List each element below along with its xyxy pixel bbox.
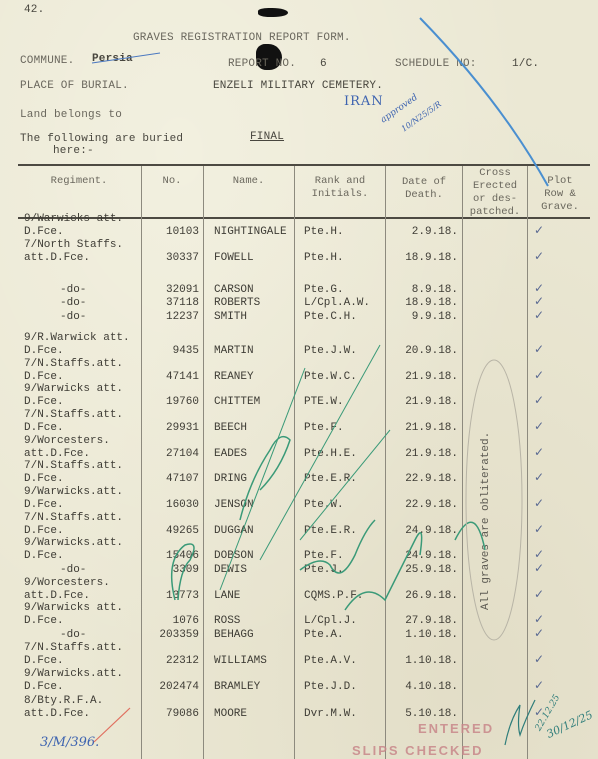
header-cross-line4: patched. [463,206,527,219]
column-divider [385,166,386,759]
header-regiment: Regiment. [18,175,140,188]
rank-cell: Pte.G. [304,284,344,296]
name-cell: LANE [214,590,240,602]
regiment-cell-line1: 7/N.Staffs.att. [24,409,123,421]
column-divider [527,166,528,759]
handwritten-file-ref: 3/M/396. [40,735,99,750]
report-value: 6 [320,58,327,70]
date-of-death-cell: 25.9.18. [388,564,458,576]
rank-cell: Pte.H. [304,226,344,238]
regiment-cell-line1: 9/Worcesters. [24,435,110,447]
name-cell: MOORE [214,708,247,720]
service-number-cell: 79086 [141,708,199,720]
plot-check-mark: ✓ [534,419,544,433]
service-number-cell: 32091 [141,284,199,296]
name-cell: DUGGAN [214,525,254,537]
date-of-death-cell: 24.9.18. [388,525,458,537]
regiment-cell-line1: 9/Warwicks.att. [24,537,123,549]
regiment-cell-line1: 9/R.Warwick att. [24,332,130,344]
rank-cell: Pte.J.W. [304,345,357,357]
rank-cell: L/Cpl.J. [304,615,357,627]
name-cell: MARTIN [214,345,254,357]
rank-cell: Pte.E.R. [304,525,357,537]
name-cell: EADES [214,448,247,460]
regiment-cell-line1: 7/North Staffs. [24,239,123,251]
header-date-line1: Date of [386,176,462,189]
regiment-cell-line2: att.D.Fce. [24,590,90,602]
name-cell: JENSON [214,499,254,511]
plot-check-mark: ✓ [534,308,544,322]
name-cell: CHITTEM [214,396,260,408]
regiment-cell-line1: 7/N.Staffs.att. [24,358,123,370]
rank-cell: Pte.A.V. [304,655,357,667]
plot-check-mark: ✓ [534,445,544,459]
page-number: 42. [24,4,44,16]
date-of-death-cell: 26.9.18. [388,590,458,602]
date-of-death-cell: 27.9.18. [388,615,458,627]
column-divider [294,166,295,759]
header-cross-line2: Erected [463,180,527,193]
following-line-1: The following are buried [20,133,183,145]
plot-check-mark: ✓ [534,626,544,640]
service-number-cell: 13773 [141,590,199,602]
service-number-cell: 12237 [141,311,199,323]
name-cell: REANEY [214,371,254,383]
name-cell: FOWELL [214,252,254,264]
date-of-death-cell: 21.9.18. [388,422,458,434]
rank-cell: Pte.F. [304,422,344,434]
date-of-death-cell: 21.9.18. [388,371,458,383]
service-number-cell: 9435 [141,345,199,357]
name-cell: NIGHTINGALE [214,226,287,238]
date-of-death-cell: 22.9.18. [388,473,458,485]
plot-check-mark: ✓ [534,393,544,407]
name-cell: DOBSON [214,550,254,562]
plot-check-mark: ✓ [534,612,544,626]
name-cell: SMITH [214,311,247,323]
name-cell: ROBERTS [214,297,260,309]
regiment-cell-line2: D.Fce. [24,550,64,562]
name-cell: BEHAGG [214,629,254,641]
rank-cell: Pte.J.D. [304,681,357,693]
name-cell: CARSON [214,284,254,296]
header-name: Name. [203,175,294,188]
handwritten-country: IRAN [344,94,384,109]
rank-cell: Pte.E.R. [304,473,357,485]
date-of-death-cell: 24.9.18. [388,550,458,562]
commune-value: Persia [92,53,133,65]
service-number-cell: 22312 [141,655,199,667]
place-label: PLACE OF BURIAL. [20,80,129,92]
plot-check-mark: ✓ [534,368,544,382]
service-number-cell: 3309 [141,564,199,576]
column-divider [462,166,463,759]
service-number-cell: 29931 [141,422,199,434]
regiment-cell-line1: 8/Bty.R.F.A. [24,695,103,707]
commune-label: COMMUNE. [20,55,74,67]
name-cell: DRING [214,473,247,485]
date-of-death-cell: 2.9.18. [388,226,458,238]
plot-check-mark: ✓ [534,342,544,356]
regiment-cell-line2: att.D.Fce. [24,448,90,460]
plot-check-mark: ✓ [534,470,544,484]
header-plot-line2: Row & [530,188,590,201]
rank-cell: Dvr.M.W. [304,708,357,720]
date-of-death-cell: 1.10.18. [388,629,458,641]
date-of-death-cell: 4.10.18. [388,681,458,693]
table-top-rule [18,164,590,166]
name-cell: WILLIAMS [214,655,267,667]
ink-blot [258,8,288,17]
service-number-cell: 10103 [141,226,199,238]
rank-cell: PTE.W. [304,396,344,408]
schedule-label: SCHEDULE NO: [395,58,477,70]
service-number-cell: 15406 [141,550,199,562]
regiment-cell-line1: 7/N.Staffs.att. [24,460,123,472]
plot-check-mark: ✓ [534,496,544,510]
regiment-cell-line2: D.Fce. [24,371,64,383]
rank-cell: L/Cpl.A.W. [304,297,370,309]
regiment-cell-line2: D.Fce. [24,681,64,693]
service-number-cell: 19760 [141,396,199,408]
plot-check-mark: ✓ [534,223,544,237]
service-number-cell: 30337 [141,252,199,264]
rank-cell: Pte.H.E. [304,448,357,460]
name-cell: BRAMLEY [214,681,260,693]
date-of-death-cell: 1.10.18. [388,655,458,667]
regiment-cell-line2: D.Fce. [24,345,64,357]
rank-cell: Pte.A. [304,629,344,641]
header-rank: Rank and Initials. [296,175,384,201]
regiment-cell: -do- [60,297,86,309]
plot-check-mark: ✓ [534,652,544,666]
form-title: GRAVES REGISTRATION REPORT FORM. [133,32,351,44]
header-cross: Cross Erected or des- patched. [463,167,527,219]
date-of-death-cell: 8.9.18. [388,284,458,296]
service-number-cell: 47107 [141,473,199,485]
date-of-death-cell: 18.9.18. [388,297,458,309]
regiment-cell: -do- [60,629,86,641]
stamp-slips-checked: SLIPS CHECKED [352,743,483,758]
header-cross-line1: Cross [463,167,527,180]
date-of-death-cell: 20.9.18. [388,345,458,357]
service-number-cell: 37118 [141,297,199,309]
header-rank-line2: Initials. [296,188,384,201]
header-date-line2: Death. [386,189,462,202]
service-number-cell: 16030 [141,499,199,511]
name-cell: BEECH [214,422,247,434]
column-divider [203,166,204,759]
service-number-cell: 202474 [141,681,199,693]
regiment-cell-line1: 9/Warwicks.att. [24,668,123,680]
header-plot-line3: Grave. [530,201,590,214]
regiment-cell-line2: D.Fce. [24,422,64,434]
rank-cell: Pte.C.H. [304,311,357,323]
regiment-cell: -do- [60,311,86,323]
regiment-cell-line2: att.D.Fce. [24,252,90,264]
following-line-2: here:- [53,145,94,157]
final-status: FINAL [250,131,284,143]
date-of-death-cell: 18.9.18. [388,252,458,264]
service-number-cell: 47141 [141,371,199,383]
service-number-cell: 27104 [141,448,199,460]
name-cell: DEWIS [214,564,247,576]
regiment-cell-line1: 9/Warwicks att. [24,602,123,614]
regiment-cell-line2: att.D.Fce. [24,708,90,720]
cross-column-note: All graves are obliterated. [480,378,492,610]
rank-cell: Pte.F. [304,550,344,562]
header-cross-line3: or des- [463,193,527,206]
regiment-cell-line1: 7/N.Staffs.att. [24,512,123,524]
regiment-cell-line1: 9/Worcesters. [24,577,110,589]
regiment-cell-line2: D.Fce. [24,655,64,667]
regiment-cell-line2: D.Fce. [24,473,64,485]
date-of-death-cell: 9.9.18. [388,311,458,323]
regiment-cell-line2: D.Fce. [24,396,64,408]
report-label: REPORT NO. [228,58,296,70]
regiment-cell-line2: D.Fce. [24,525,64,537]
rank-cell: Pte.H. [304,252,344,264]
regiment-cell-line2: D.Fce. [24,499,64,511]
regiment-cell-line1: 7/N.Staffs.att. [24,642,123,654]
service-number-cell: 1076 [141,615,199,627]
plot-check-mark: ✓ [534,547,544,561]
plot-check-mark: ✓ [534,561,544,575]
service-number-cell: 49265 [141,525,199,537]
regiment-cell-line1: 9/Warwicks.att. [24,486,123,498]
date-of-death-cell: 21.9.18. [388,396,458,408]
rank-cell: Pte.J. [304,564,344,576]
schedule-value: 1/C. [512,58,539,70]
plot-check-mark: ✓ [534,587,544,601]
date-of-death-cell: 5.10.18. [388,708,458,720]
service-number-cell: 203359 [141,629,199,641]
plot-check-mark: ✓ [534,678,544,692]
header-rank-line1: Rank and [296,175,384,188]
rank-cell: Pte.W. [304,499,344,511]
plot-check-mark: ✓ [534,522,544,536]
regiment-cell-line1: 9/Warwicks att. [24,213,123,225]
place-value: ENZELI MILITARY CEMETERY. [213,80,383,92]
rank-cell: Pte.W.C. [304,371,357,383]
name-cell: ROSS [214,615,240,627]
header-plot-line1: Plot [530,175,590,188]
land-label: Land belongs to [20,109,122,121]
header-plot: Plot Row & Grave. [530,175,590,214]
regiment-cell-line2: D.Fce. [24,226,64,238]
date-of-death-cell: 22.9.18. [388,499,458,511]
regiment-cell: -do- [60,564,86,576]
regiment-cell-line1: 9/Warwicks att. [24,383,123,395]
regiment-cell: -do- [60,284,86,296]
date-of-death-cell: 21.9.18. [388,448,458,460]
header-date: Date of Death. [386,176,462,202]
header-no: No. [141,175,203,188]
plot-check-mark: ✓ [534,249,544,263]
stamp-entered: ENTERED [418,721,494,736]
regiment-cell-line2: D.Fce. [24,615,64,627]
rank-cell: CQMS.P.F. [304,590,363,602]
plot-check-mark: ✓ [534,281,544,295]
plot-check-mark: ✓ [534,294,544,308]
